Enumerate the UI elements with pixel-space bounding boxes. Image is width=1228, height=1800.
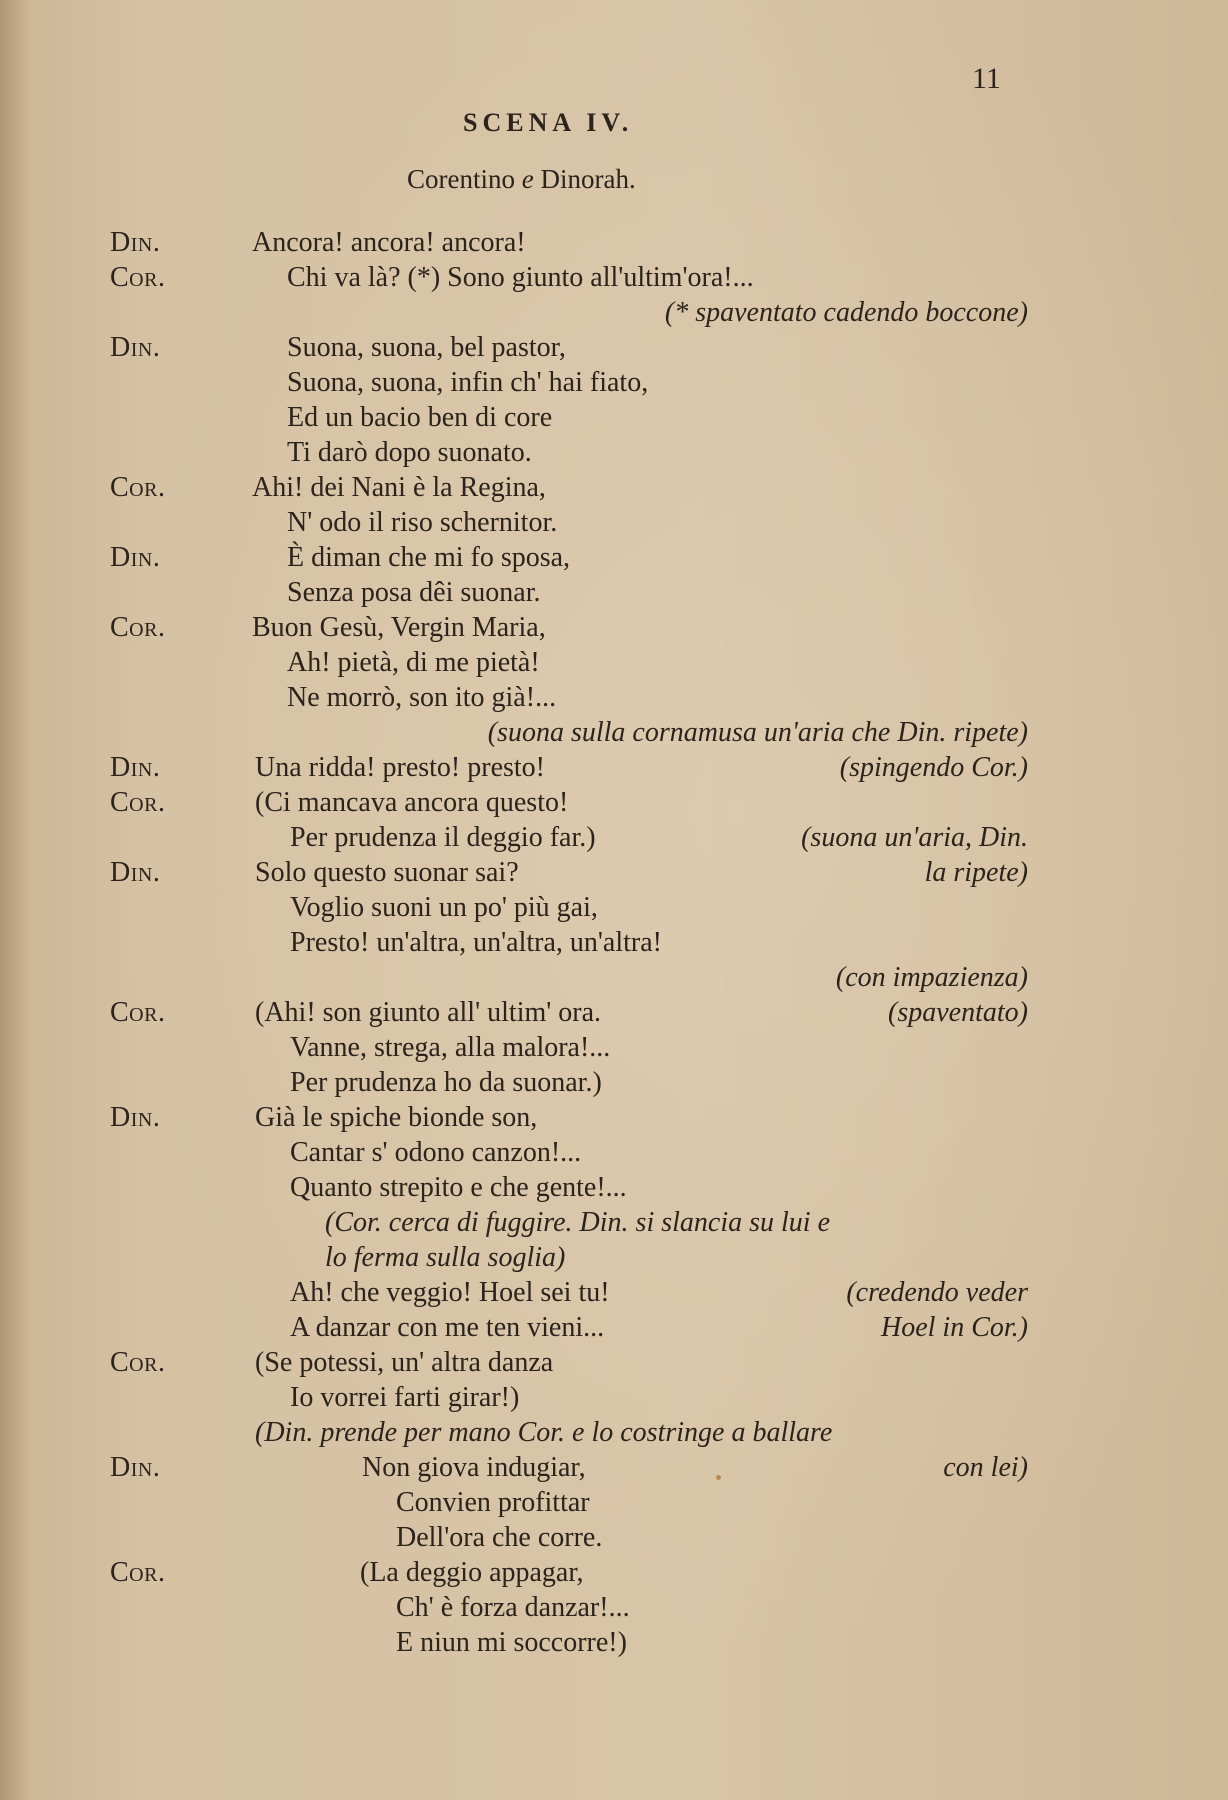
dialogue-line: Dell'ora che corre. — [0, 1521, 1228, 1555]
dialogue-line: Ne morrò, son ito già!... — [0, 681, 1228, 715]
dialogue-line: Per prudenza il deggio far.)(suona un'ar… — [0, 821, 1228, 855]
verse-text: Chi va là? (*) Sono giunto all'ultim'ora… — [287, 261, 754, 295]
stage-direction: lo ferma sulla soglia) — [325, 1241, 565, 1275]
dialogue-line: Cor.(La deggio appagar, — [0, 1556, 1228, 1590]
verse-text: Non giova indugiar, — [362, 1451, 586, 1485]
speaker-label: Cor. — [110, 1346, 165, 1380]
dialogue-line: Senza posa dêi suonar. — [0, 576, 1228, 610]
dialogue-line: Din.Solo questo suonar sai?la ripete) — [0, 856, 1228, 890]
speaker-label: Cor. — [110, 1556, 165, 1590]
page-number: 11 — [972, 62, 1001, 96]
dialogue-line: Convien profittar — [0, 1486, 1228, 1520]
speaker-label: Din. — [110, 1101, 160, 1135]
dialogue-line: Vanne, strega, alla malora!... — [0, 1031, 1228, 1065]
stage-direction: (* spaventato cadendo boccone) — [665, 296, 1028, 330]
verse-text: Ah! pietà, di me pietà! — [287, 646, 540, 680]
dialogue-line: Cantar s' odono canzon!... — [0, 1136, 1228, 1170]
scene-title: SCENA IV. — [463, 108, 633, 138]
verse-text: Già le spiche bionde son, — [255, 1101, 537, 1135]
stage-direction: con lei) — [943, 1451, 1028, 1485]
verse-text: Ti darò dopo suonato. — [287, 436, 532, 470]
speaker-label: Din. — [110, 856, 160, 890]
speaker-label: Din. — [110, 541, 160, 575]
verse-text: Ed un bacio ben di core — [287, 401, 552, 435]
dialogue-line: Din.Una ridda! presto! presto!(spingendo… — [0, 751, 1228, 785]
dialogue-line: (Cor. cerca di fuggire. Din. si slancia … — [0, 1206, 1228, 1240]
dialogue-line: Cor.(Ahi! son giunto all' ultim' ora.(sp… — [0, 996, 1228, 1030]
verse-text: Ne morrò, son ito già!... — [287, 681, 556, 715]
verse-text: Ahi! dei Nani è la Regina, — [252, 471, 546, 505]
book-page: 11 SCENA IV. Corentino e Dinorah. Din.An… — [0, 0, 1228, 1800]
dialogue-line: Cor.(Ci mancava ancora questo! — [0, 786, 1228, 820]
dialogue-line: Ah! che veggio! Hoel sei tu!(credendo ve… — [0, 1276, 1228, 1310]
stage-direction: (spaventato) — [888, 996, 1028, 1030]
speaker-label: Cor. — [110, 996, 165, 1030]
stage-direction: (con impazienza) — [836, 961, 1028, 995]
dialogue-line: Din.Ancora! ancora! ancora! — [0, 226, 1228, 260]
dialogue-line: Din.Non giova indugiar,con lei) — [0, 1451, 1228, 1485]
verse-text: Una ridda! presto! presto! — [255, 751, 545, 785]
dialogue-line: Per prudenza ho da suonar.) — [0, 1066, 1228, 1100]
dialogue-line: Din.Suona, suona, bel pastor, — [0, 331, 1228, 365]
verse-text: N' odo il riso schernitor. — [287, 506, 557, 540]
speaker-label: Cor. — [110, 611, 165, 645]
stage-direction: (credendo veder — [846, 1276, 1028, 1310]
dialogue-line: Din.Già le spiche bionde son, — [0, 1101, 1228, 1135]
dialogue-line: Cor.Chi va là? (*) Sono giunto all'ultim… — [0, 261, 1228, 295]
dialogue-line: Cor.Ahi! dei Nani è la Regina, — [0, 471, 1228, 505]
speaker-label: Cor. — [110, 261, 165, 295]
dialogue-line: N' odo il riso schernitor. — [0, 506, 1228, 540]
dialogue-line: Ti darò dopo suonato. — [0, 436, 1228, 470]
dialogue-line: Ch' è forza danzar!... — [0, 1591, 1228, 1625]
verse-text: Solo questo suonar sai? — [255, 856, 519, 890]
stage-direction: Hoel in Cor.) — [881, 1311, 1028, 1345]
dialogue-line: (con impazienza) — [0, 961, 1228, 995]
dialogue-line: Suona, suona, infin ch' hai fiato, — [0, 366, 1228, 400]
verse-text: Senza posa dêi suonar. — [287, 576, 541, 610]
verse-text: Dell'ora che corre. — [396, 1521, 602, 1555]
verse-text: Voglio suoni un po' più gai, — [290, 891, 598, 925]
dialogue-line: Cor.(Se potessi, un' altra danza — [0, 1346, 1228, 1380]
verse-text: Ch' è forza danzar!... — [396, 1591, 630, 1625]
verse-text: È diman che mi fo sposa, — [287, 541, 570, 575]
stage-direction: (Din. prende per mano Cor. e lo costring… — [255, 1416, 832, 1450]
character-dinorah: Dinorah. — [540, 164, 635, 194]
verse-text: Buon Gesù, Vergin Maria, — [252, 611, 546, 645]
verse-text: Ancora! ancora! ancora! — [252, 226, 526, 260]
stage-direction: (Cor. cerca di fuggire. Din. si slancia … — [325, 1206, 830, 1240]
dialogue-line: Voglio suoni un po' più gai, — [0, 891, 1228, 925]
verse-text: A danzar con me ten vieni... — [290, 1311, 604, 1345]
speaker-label: Din. — [110, 226, 160, 260]
scene-characters: Corentino e Dinorah. — [407, 164, 636, 195]
dialogue-line: Cor.Buon Gesù, Vergin Maria, — [0, 611, 1228, 645]
paper-spot — [716, 1475, 721, 1480]
dialogue-line: (suona sulla cornamusa un'aria che Din. … — [0, 716, 1228, 750]
dialogue-line: E niun mi soccorre!) — [0, 1626, 1228, 1660]
verse-text: (Se potessi, un' altra danza — [255, 1346, 553, 1380]
stage-direction: la ripete) — [925, 856, 1028, 890]
dialogue-line: lo ferma sulla soglia) — [0, 1241, 1228, 1275]
verse-text: Ah! che veggio! Hoel sei tu! — [290, 1276, 610, 1310]
stage-direction: (suona un'aria, Din. — [801, 821, 1028, 855]
speaker-label: Cor. — [110, 471, 165, 505]
conjunction: e — [522, 164, 534, 194]
speaker-label: Din. — [110, 331, 160, 365]
verse-text: Suona, suona, bel pastor, — [287, 331, 566, 365]
verse-text: Per prudenza ho da suonar.) — [290, 1066, 602, 1100]
dialogue-line: Ah! pietà, di me pietà! — [0, 646, 1228, 680]
verse-text: E niun mi soccorre!) — [396, 1626, 627, 1660]
speaker-label: Cor. — [110, 786, 165, 820]
dialogue-line: (* spaventato cadendo boccone) — [0, 296, 1228, 330]
speaker-label: Din. — [110, 751, 160, 785]
dialogue-line: Ed un bacio ben di core — [0, 401, 1228, 435]
speaker-label: Din. — [110, 1451, 160, 1485]
dialogue-line: Din.È diman che mi fo sposa, — [0, 541, 1228, 575]
verse-text: Presto! un'altra, un'altra, un'altra! — [290, 926, 662, 960]
verse-text: Cantar s' odono canzon!... — [290, 1136, 581, 1170]
verse-text: (Ahi! son giunto all' ultim' ora. — [255, 996, 601, 1030]
dialogue-line: Io vorrei farti girar!) — [0, 1381, 1228, 1415]
verse-text: Vanne, strega, alla malora!... — [290, 1031, 610, 1065]
verse-text: Convien profittar — [396, 1486, 590, 1520]
verse-text: Quanto strepito e che gente!... — [290, 1171, 627, 1205]
verse-text: Suona, suona, infin ch' hai fiato, — [287, 366, 648, 400]
dialogue-line: Presto! un'altra, un'altra, un'altra! — [0, 926, 1228, 960]
stage-direction: (spingendo Cor.) — [840, 751, 1028, 785]
character-corentino: Corentino — [407, 164, 515, 194]
dialogue-line: Quanto strepito e che gente!... — [0, 1171, 1228, 1205]
dialogue-line: A danzar con me ten vieni...Hoel in Cor.… — [0, 1311, 1228, 1345]
verse-text: (Ci mancava ancora questo! — [255, 786, 568, 820]
dialogue-line: (Din. prende per mano Cor. e lo costring… — [0, 1416, 1228, 1450]
verse-text: (La deggio appagar, — [360, 1556, 584, 1590]
verse-text: Per prudenza il deggio far.) — [290, 821, 596, 855]
verse-text: Io vorrei farti girar!) — [290, 1381, 519, 1415]
stage-direction: (suona sulla cornamusa un'aria che Din. … — [488, 716, 1028, 750]
